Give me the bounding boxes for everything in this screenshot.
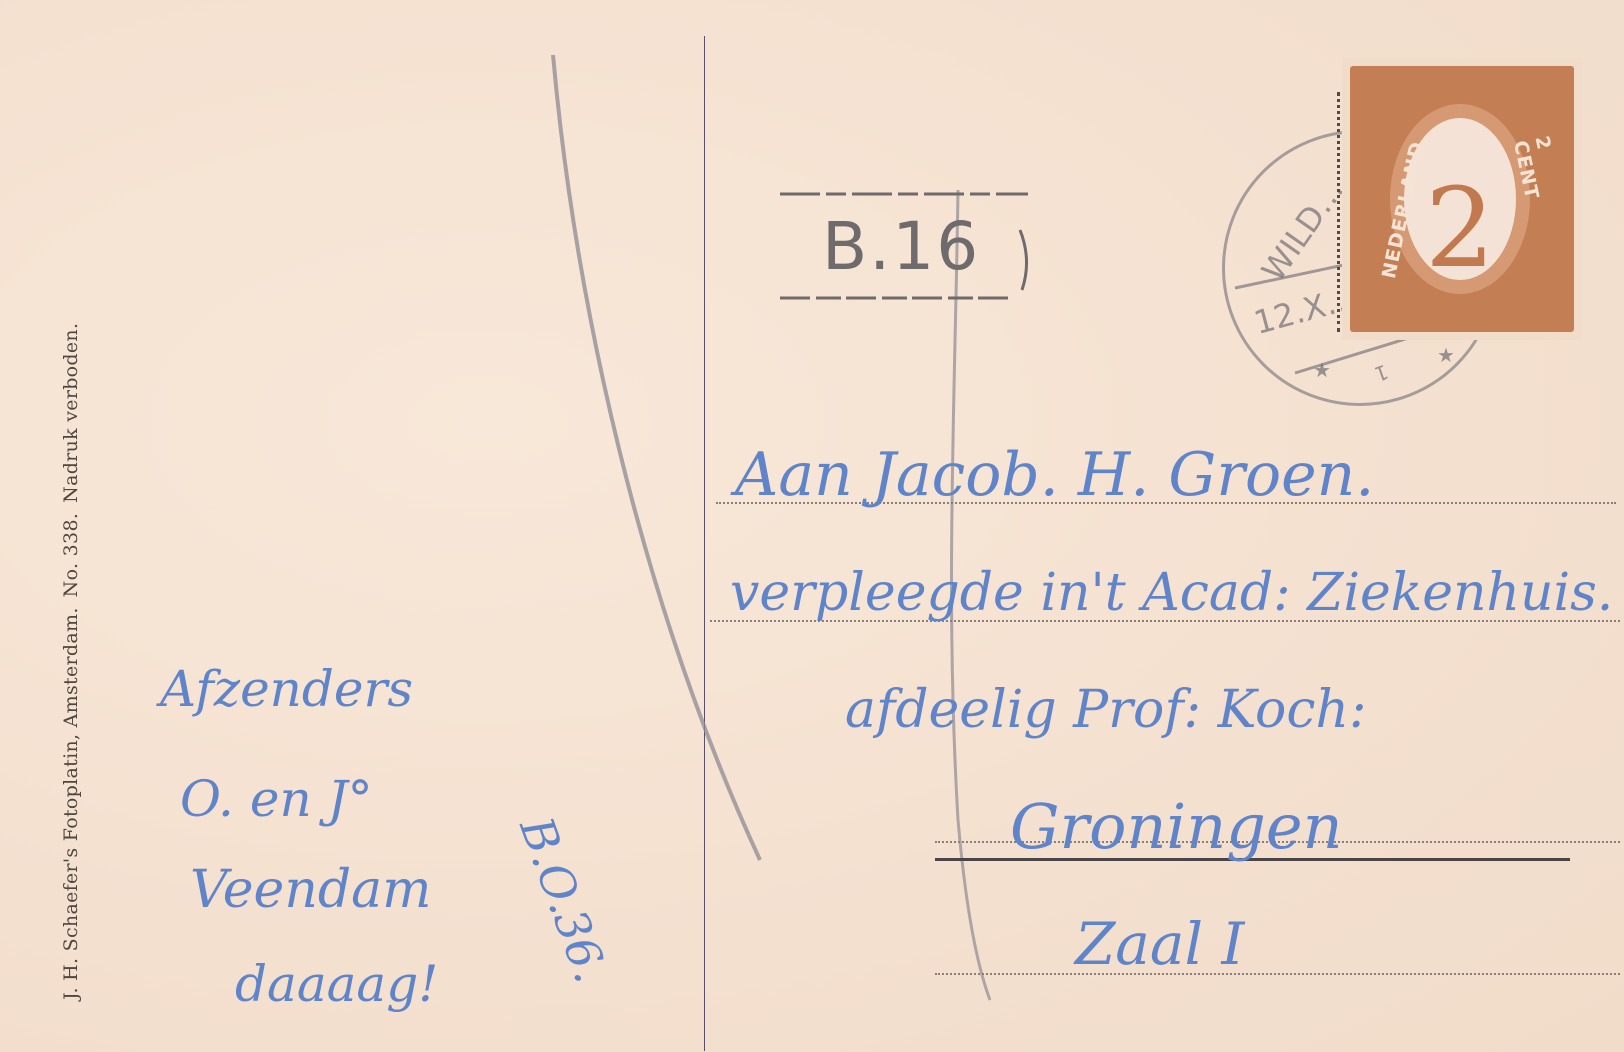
stamp-placement-guide [1337,92,1340,332]
postcard: J. H. Schaefer's Fotoplatin, Amsterdam.N… [0,0,1624,1052]
route-code: B.16 [822,208,980,285]
recipient-line-3: afdeelig Prof: Koch: [845,680,1367,740]
recipient-line-1: Aan Jacob. H. Groen. [735,440,1374,510]
postage-stamp: 2 NEDERLAND 2 CENT [1342,58,1582,340]
postmark-star-left: ★ [1313,358,1331,382]
recipient-line-2: verpleegde in't Acad: Ziekenhuis. [730,563,1613,623]
sender-names: O. en J° [180,770,373,828]
route-stamp: B.16 [770,190,1030,302]
stamp-value-numeral: 2 [1404,173,1516,283]
recipient-city: Groningen [1010,790,1343,863]
recipient-ward: Zaal I [1075,910,1244,978]
address-line-4 [935,973,1620,975]
postmark-star-right: ★ [1437,343,1455,367]
sender-label: Afzenders [160,660,413,718]
sender-town: Veendam [190,860,431,920]
sender-greeting: daaaag! [235,955,438,1013]
